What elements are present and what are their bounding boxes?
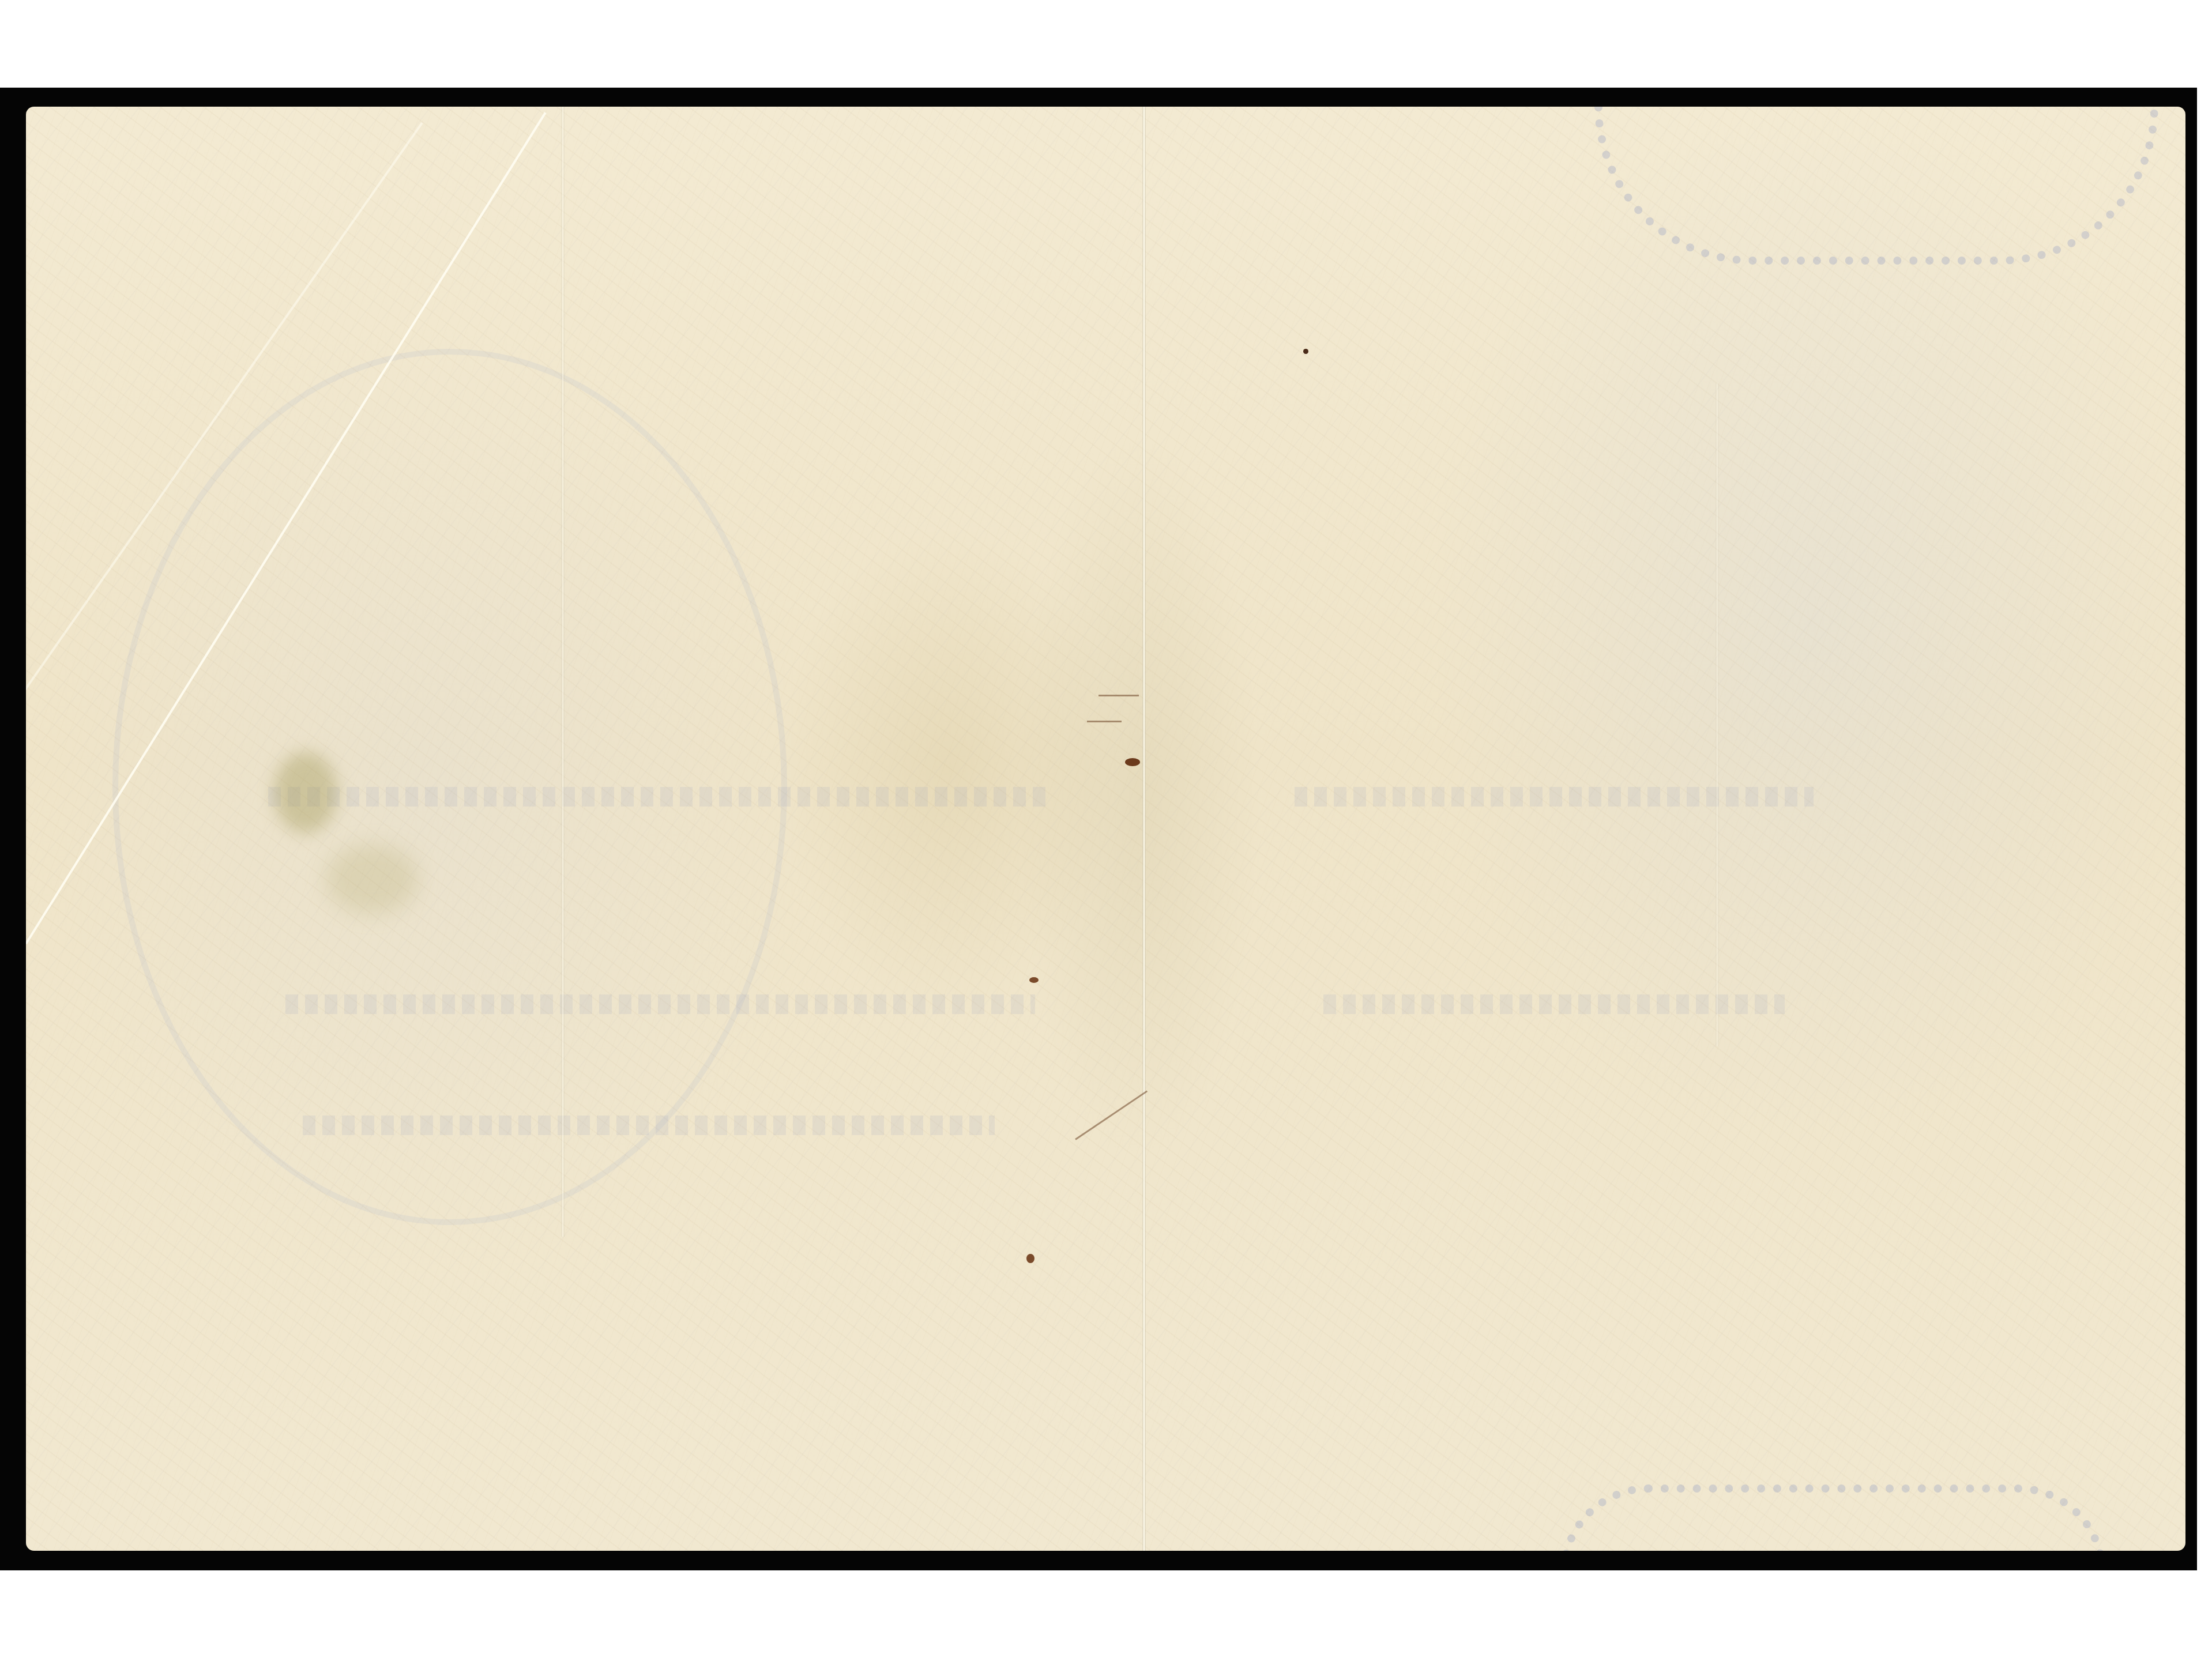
foxing-spot — [1026, 1254, 1034, 1263]
ink-scratch — [1087, 721, 1122, 722]
foxing-spot — [1303, 349, 1308, 354]
ornament-show-through-bottom — [1560, 1484, 2106, 1551]
stain-spot — [274, 752, 337, 833]
right-fold-line — [1716, 383, 1719, 1046]
ink-scratch — [1099, 695, 1139, 696]
paper-document-reverse — [26, 107, 2185, 1551]
print-show-through-line — [268, 787, 1047, 807]
print-show-through-line — [285, 994, 1035, 1014]
foxing-spot — [1125, 758, 1140, 766]
ornament-show-through-top — [1594, 107, 2158, 265]
center-fold-line — [1142, 107, 1146, 1551]
stain-spot — [326, 845, 418, 914]
print-show-through-line — [303, 1116, 995, 1135]
print-show-through-line — [1295, 787, 1814, 807]
ink-scratch — [1075, 1090, 1148, 1140]
left-fold-line — [561, 107, 565, 1237]
foxing-spot — [1029, 977, 1039, 983]
